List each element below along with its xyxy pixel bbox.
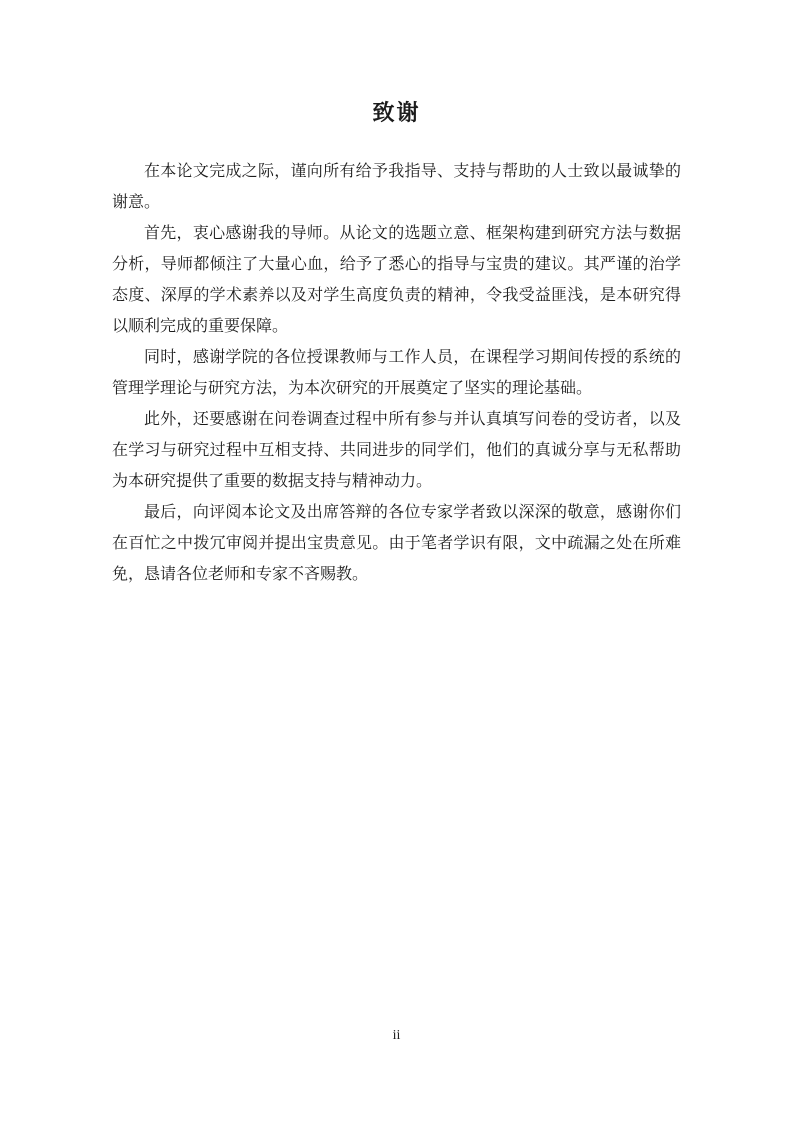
paragraph: 同时，感谢学院的各位授课教师与工作人员，在课程学习期间传授的系统的管理学理论与研… [112, 342, 681, 404]
paragraph: 最后，向评阅本论文及出席答辩的各位专家学者致以深深的敬意，感谢你们在百忙之中拨冗… [112, 497, 681, 590]
page-title: 致谢 [112, 96, 681, 130]
paragraph: 此外，还要感谢在问卷调查过程中所有参与并认真填写问卷的受访者，以及在学习与研究过… [112, 404, 681, 497]
document-page: 致谢 在本论文完成之际，谨向所有给予我指导、支持与帮助的人士致以最诚挚的谢意。 … [0, 0, 793, 1122]
paragraph: 首先，衷心感谢我的导师。从论文的选题立意、框架构建到研究方法与数据分析，导师都倾… [112, 218, 681, 342]
page-number: ii [0, 1028, 793, 1044]
document-body: 在本论文完成之际，谨向所有给予我指导、支持与帮助的人士致以最诚挚的谢意。 首先，… [112, 156, 681, 590]
paragraph: 在本论文完成之际，谨向所有给予我指导、支持与帮助的人士致以最诚挚的谢意。 [112, 156, 681, 218]
